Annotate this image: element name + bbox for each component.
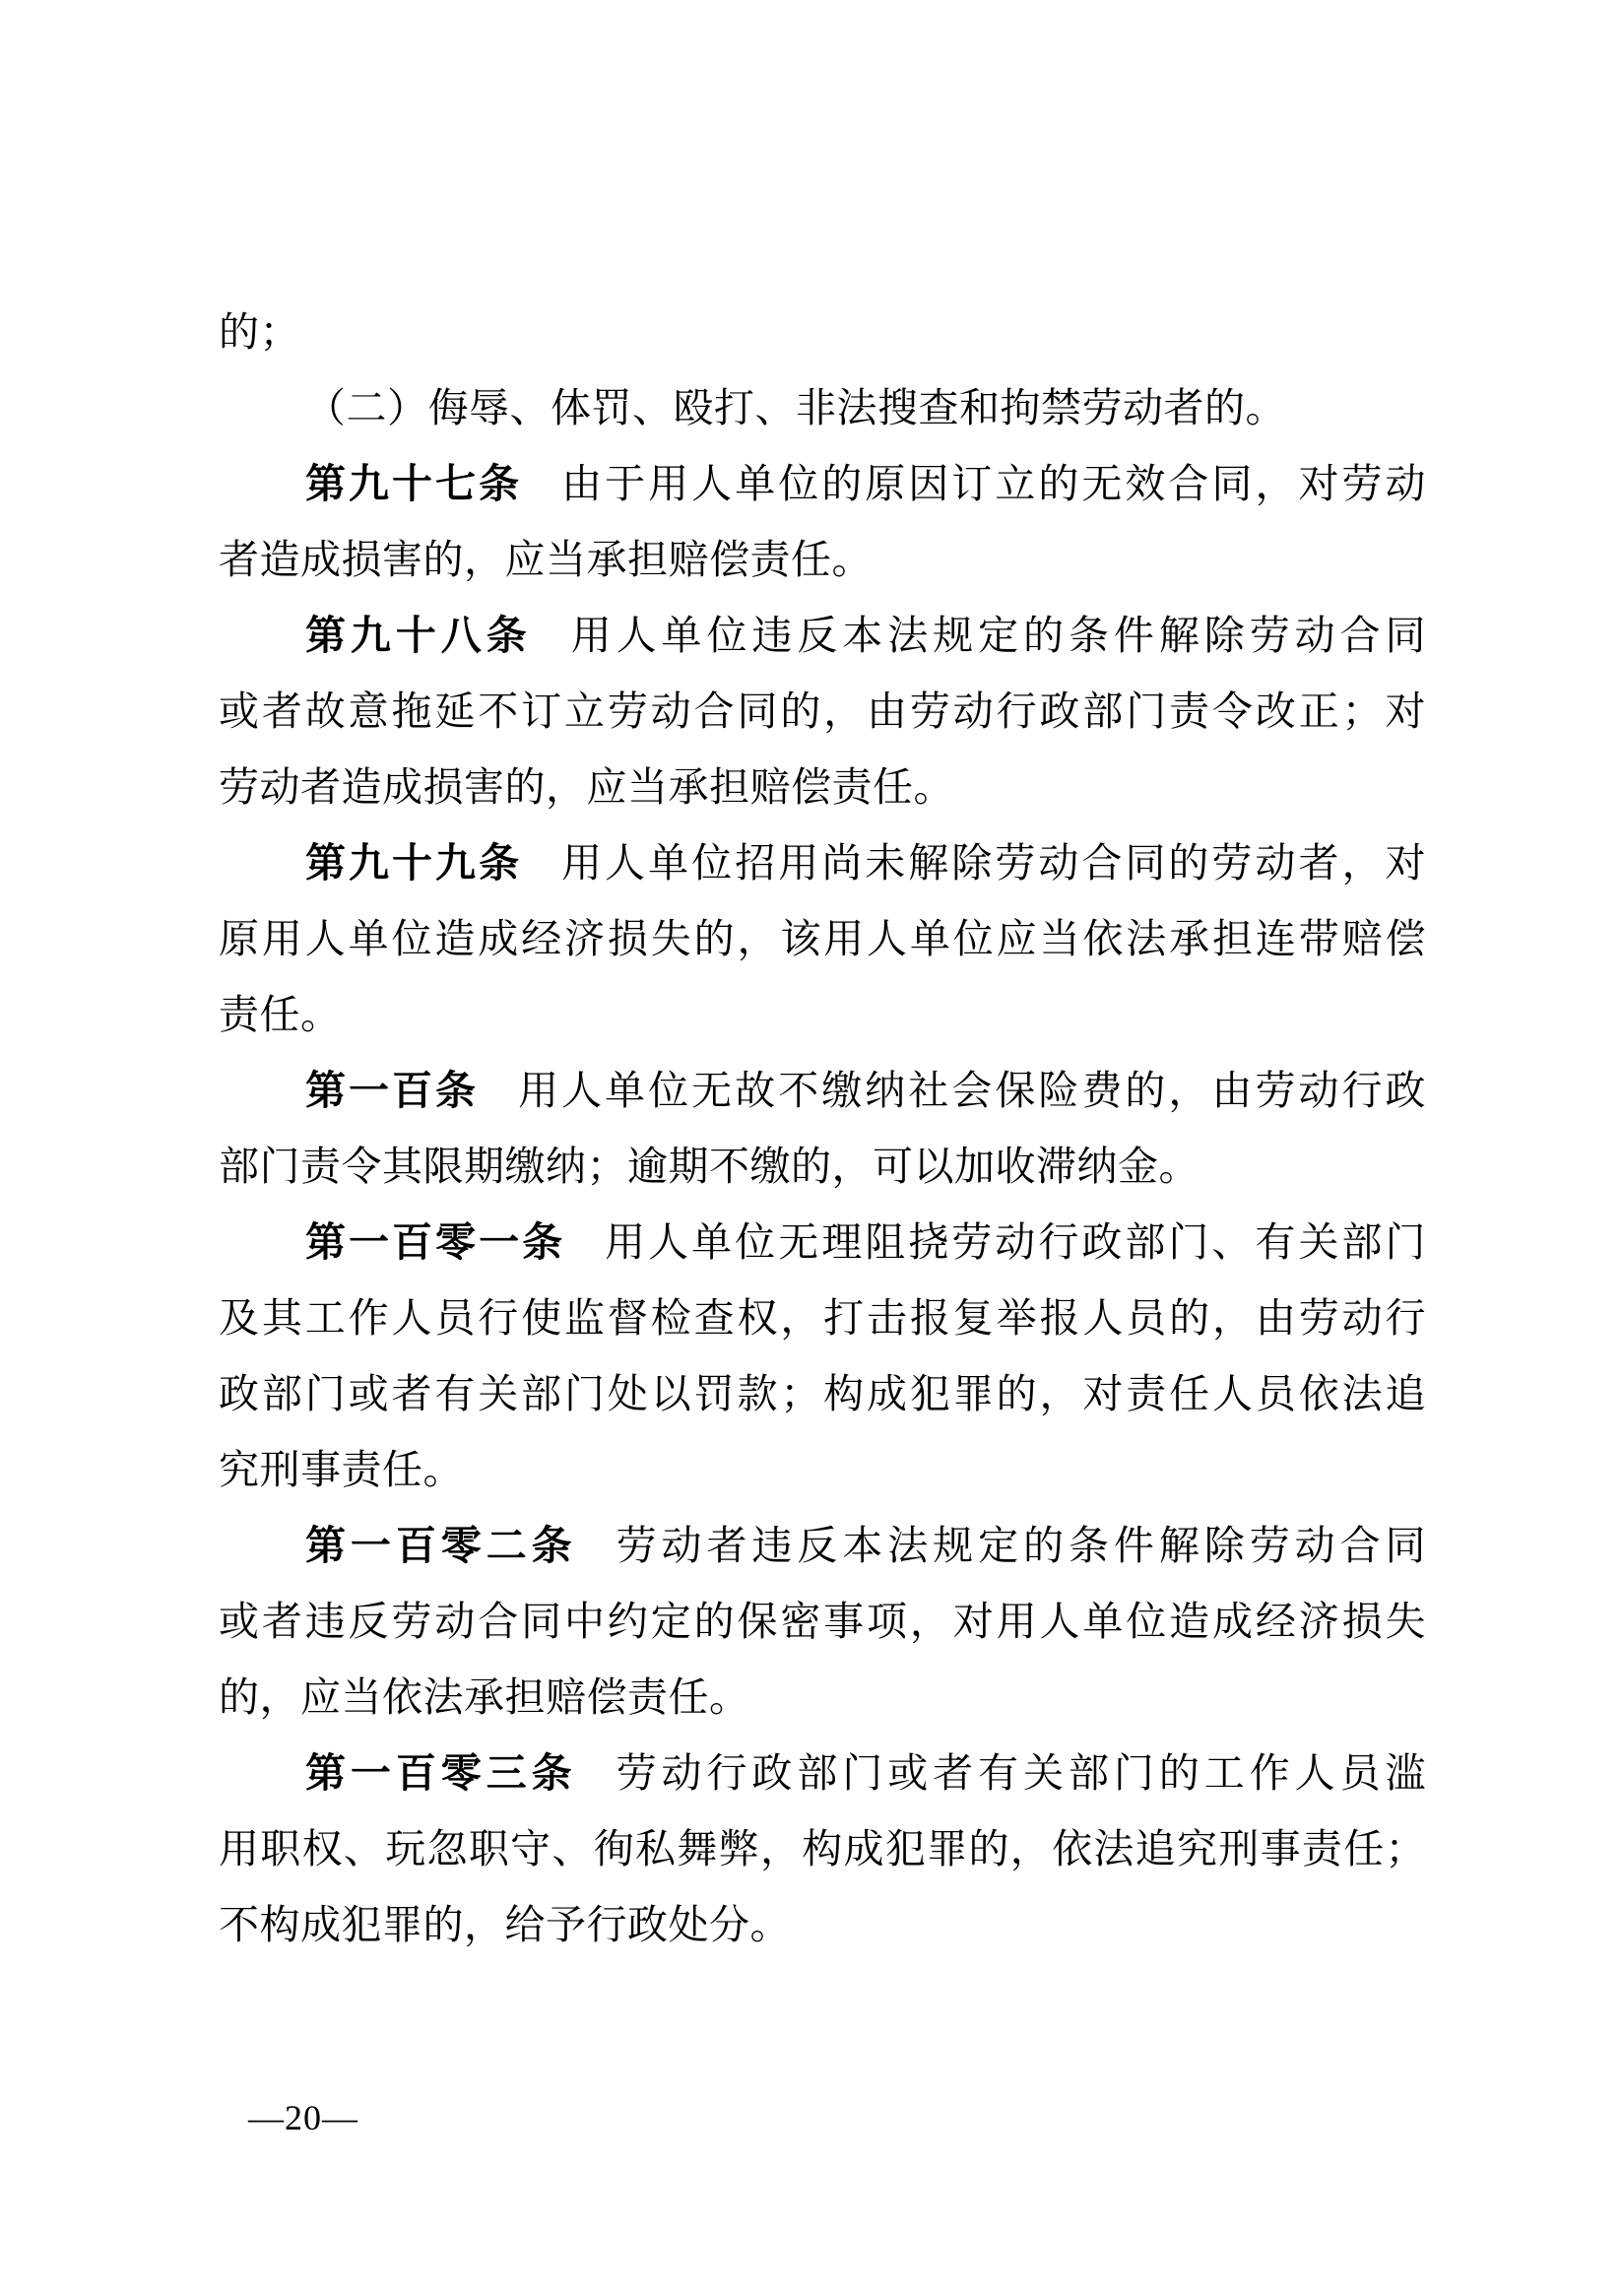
line-text: 责任。 (219, 992, 342, 1037)
line-text: 或者违反劳动合同中约定的保密事项，对用人单位造成经济损失 (219, 1599, 1426, 1644)
document-page: 的； （二）侮辱、体罚、殴打、非法搜查和拘禁劳动者的。 第九十七条由于用人单位的… (0, 0, 1621, 2296)
line-text: 部门责令其限期缴纳；逾期不缴的，可以加收滞纳金。 (219, 1144, 1200, 1189)
line-text: 由于用人单位的原因订立的无效合同，对劳动 (561, 461, 1426, 506)
text-line: 用职权、玩忽职守、徇私舞弊，构成犯罪的，依法追究刑事责任； (219, 1811, 1426, 1887)
article-number: 第九十七条 (305, 461, 522, 506)
text-line: 者造成损害的，应当承担赔偿责任。 (219, 522, 1426, 598)
text-line: 或者违反劳动合同中约定的保密事项，对用人单位造成经济损失 (219, 1584, 1426, 1660)
text-line: 及其工作人员行使监督检查权，打击报复举报人员的，由劳动行 (219, 1280, 1426, 1356)
line-text: 原用人单位造成经济损失的，该用人单位应当依法承担连带赔偿 (219, 916, 1426, 961)
text-line: 的，应当依法承担赔偿责任。 (219, 1660, 1426, 1736)
text-line: 责任。 (219, 977, 1426, 1053)
text-line: 第九十七条由于用人单位的原因订立的无效合同，对劳动 (219, 446, 1426, 522)
article-number: 第九十八条 (305, 613, 532, 658)
article-number: 第一百零三条 (305, 1750, 577, 1796)
text-line: 原用人单位造成经济损失的，该用人单位应当依法承担连带赔偿 (219, 901, 1426, 977)
article-number: 第一百条 (305, 1068, 479, 1113)
line-text: 究刑事责任。 (219, 1447, 464, 1492)
line-text: 用人单位无理阻挠劳动行政部门、有关部门 (605, 1219, 1426, 1265)
text-line: 或者故意拖延不订立劳动合同的，由劳动行政部门责令改正；对 (219, 674, 1426, 750)
text-line: 不构成犯罪的，给予行政处分。 (219, 1887, 1426, 1963)
text-line: 第九十八条用人单位违反本法规定的条件解除劳动合同 (219, 598, 1426, 674)
text-line: 第一百零二条劳动者违反本法规定的条件解除劳动合同 (219, 1508, 1426, 1584)
text-line: 第一百零一条用人单位无理阻挠劳动行政部门、有关部门 (219, 1205, 1426, 1280)
text-line: 部门责令其限期缴纳；逾期不缴的，可以加收滞纳金。 (219, 1129, 1426, 1205)
page-number: —20— (248, 2094, 358, 2141)
text-line: 政部门或者有关部门处以罚款；构成犯罪的，对责任人员依法追 (219, 1356, 1426, 1432)
line-text: 用人单位无故不缴纳社会保险费的，由劳动行政 (518, 1068, 1426, 1113)
text-line: 究刑事责任。 (219, 1432, 1426, 1508)
line-text: 不构成犯罪的，给予行政处分。 (219, 1902, 791, 1947)
article-number: 第一百零一条 (305, 1219, 565, 1265)
line-text: 或者故意拖延不订立劳动合同的，由劳动行政部门责令改正；对 (219, 689, 1426, 734)
line-text: 者造成损害的，应当承担赔偿责任。 (219, 537, 873, 582)
line-text: 及其工作人员行使监督检查权，打击报复举报人员的，由劳动行 (219, 1295, 1426, 1341)
line-text: 的； (219, 309, 300, 355)
text-line: 第一百零三条劳动行政部门或者有关部门的工作人员滥 (219, 1736, 1426, 1811)
line-text: 的，应当依法承担赔偿责任。 (219, 1674, 750, 1720)
text-line: 第九十九条用人单位招用尚未解除劳动合同的劳动者，对 (219, 825, 1426, 901)
text-line: 的； (219, 295, 1426, 370)
line-text: 政部门或者有关部门处以罚款；构成犯罪的，对责任人员依法追 (219, 1371, 1426, 1416)
line-text: （二）侮辱、体罚、殴打、非法搜查和拘禁劳动者的。 (305, 385, 1286, 430)
text-block: 的； （二）侮辱、体罚、殴打、非法搜查和拘禁劳动者的。 第九十七条由于用人单位的… (219, 295, 1426, 1963)
line-text: 劳动者造成损害的，应当承担赔偿责任。 (219, 764, 954, 810)
text-line: 劳动者造成损害的，应当承担赔偿责任。 (219, 750, 1426, 825)
article-number: 第一百零二条 (305, 1523, 577, 1568)
line-text: 用人单位违反本法规定的条件解除劳动合同 (571, 613, 1426, 658)
line-text: 劳动者违反本法规定的条件解除劳动合同 (616, 1523, 1426, 1568)
line-text: 劳动行政部门或者有关部门的工作人员滥 (616, 1750, 1426, 1796)
text-line: （二）侮辱、体罚、殴打、非法搜查和拘禁劳动者的。 (219, 370, 1426, 446)
text-line: 第一百条用人单位无故不缴纳社会保险费的，由劳动行政 (219, 1053, 1426, 1129)
line-text: 用人单位招用尚未解除劳动合同的劳动者，对 (561, 840, 1426, 886)
line-text: 用职权、玩忽职守、徇私舞弊，构成犯罪的，依法追究刑事责任； (219, 1826, 1426, 1871)
article-number: 第九十九条 (305, 840, 522, 886)
